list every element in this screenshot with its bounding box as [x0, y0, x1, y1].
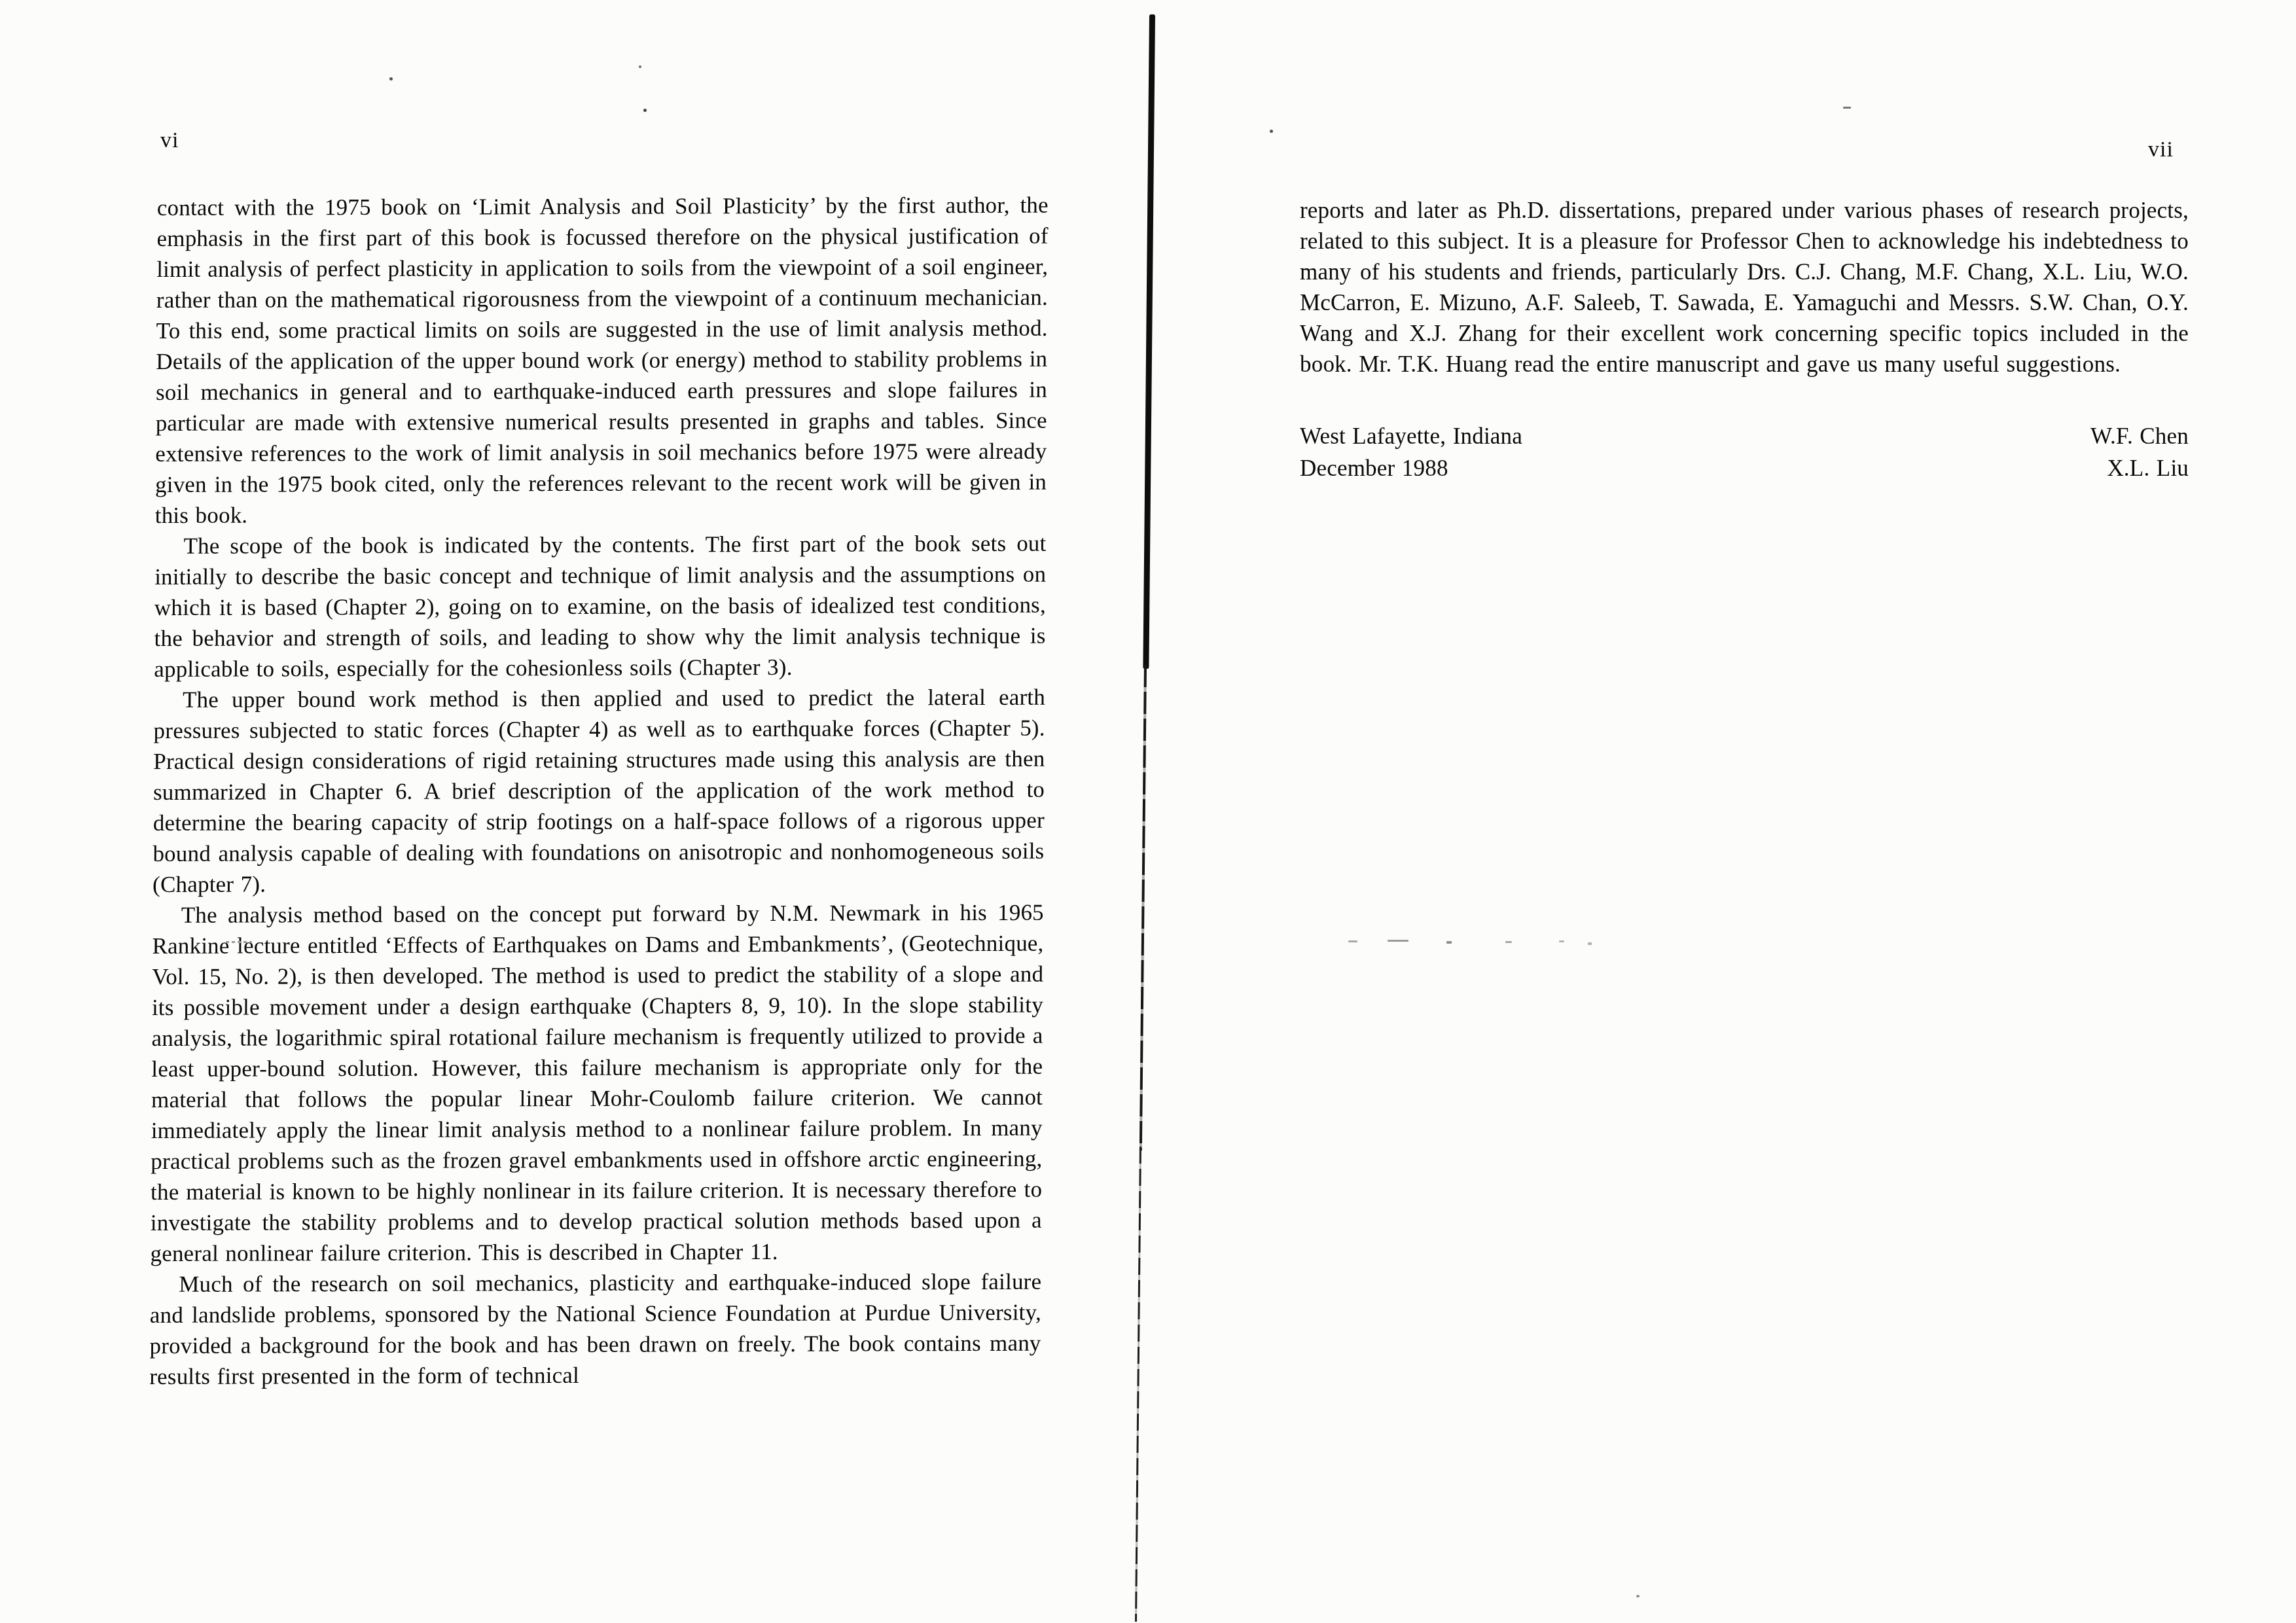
scan-artifact: [1588, 942, 1592, 945]
signature-author-1: W.F. Chen: [2090, 420, 2189, 452]
scan-artifact: [1559, 940, 1564, 942]
binding-gutter-shadow: [1135, 1147, 1141, 1622]
signature-author-2: X.L. Liu: [2107, 452, 2189, 484]
scan-artifact: [226, 941, 252, 943]
binding-gutter-shadow: [1139, 665, 1147, 1150]
scan-artifact: [1446, 941, 1452, 944]
scan-artifact: [1505, 941, 1512, 943]
scan-artifact: [1348, 940, 1357, 942]
signature-block: West Lafayette, Indiana W.F. Chen Decemb…: [1300, 420, 2189, 484]
scan-artifact: [643, 109, 647, 112]
signature-row: West Lafayette, Indiana W.F. Chen: [1300, 420, 2189, 452]
paragraph: reports and later as Ph.D. dissertations…: [1300, 195, 2189, 380]
page-right-text: reports and later as Ph.D. dissertations…: [1300, 195, 2189, 484]
paragraph: The scope of the book is indicated by th…: [154, 528, 1047, 685]
paragraph: contact with the 1975 book on ‘Limit Ana…: [155, 190, 1049, 531]
page-number-right: vii: [2148, 137, 2174, 162]
signature-row: December 1988 X.L. Liu: [1300, 452, 2189, 484]
scan-artifact: [1843, 107, 1851, 109]
page-number-left: vi: [160, 128, 179, 153]
binding-gutter-shadow: [1143, 14, 1155, 669]
signature-date: December 1988: [1300, 452, 1448, 484]
scan-artifact: [1270, 130, 1273, 133]
scan-artifact: [1388, 940, 1408, 942]
scan-artifact: [389, 77, 393, 80]
page-left-text: contact with the 1975 book on ‘Limit Ana…: [149, 190, 1049, 1392]
scanned-spread: vi contact with the 1975 book on ‘Limit …: [0, 0, 2296, 1623]
scan-artifact: [639, 65, 641, 68]
signature-place: West Lafayette, Indiana: [1300, 420, 1522, 452]
paragraph: Much of the research on soil mechanics, …: [149, 1266, 1041, 1392]
paragraph: The analysis method based on the concept…: [150, 897, 1044, 1269]
scan-artifact: [1636, 1595, 1640, 1597]
paragraph: The upper bound work method is then appl…: [152, 682, 1045, 900]
